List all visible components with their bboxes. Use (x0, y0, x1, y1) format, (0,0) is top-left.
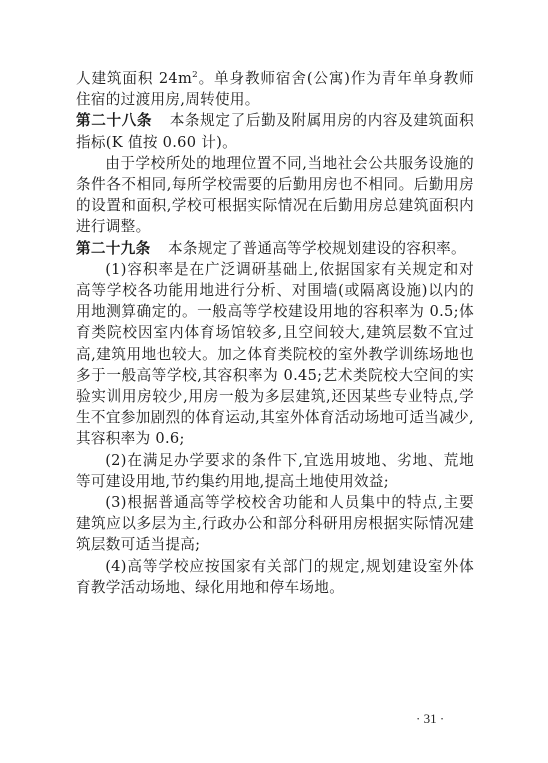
paragraph: 由于学校所处的地理位置不同,当地社会公共服务设施的条件各不相同,每所学校需要的后… (76, 153, 474, 238)
article-title: 第二十九条 (76, 240, 150, 257)
document-page: 人建筑面积 24m2。单身教师宿舍(公寓)作为青年单身教师住宿的过渡用房,周转使… (76, 68, 474, 598)
list-item-3: (3)根据普通高等学校校舍功能和人员集中的特点,主要建筑应以多层为主,行政办公和… (76, 492, 474, 556)
article-text: 本条规定了普通高等学校规划建设的容积率。 (168, 240, 466, 257)
article-title: 第二十八条 (76, 112, 152, 129)
page-number: · 31 · (416, 711, 444, 727)
article-28: 第二十八条本条规定了后勤及附属用房的内容及建筑面积指标(K 值按 0.60 计)… (76, 110, 474, 152)
paragraph-text: 人建筑面积 24m (76, 70, 192, 87)
paragraph-continuation: 人建筑面积 24m2。单身教师宿舍(公寓)作为青年单身教师住宿的过渡用房,周转使… (76, 68, 474, 110)
list-item-1: (1)容积率是在广泛调研基础上,依据国家有关规定和对高等学校各功能用地进行分析、… (76, 259, 474, 450)
list-item-4: (4)高等学校应按国家有关部门的规定,规划建设室外体育教学活动场地、绿化用地和停… (76, 556, 474, 598)
list-item-2: (2)在满足办学要求的条件下,宜选用坡地、劣地、荒地等可建设用地,节约集约用地,… (76, 450, 474, 492)
article-29: 第二十九条本条规定了普通高等学校规划建设的容积率。 (76, 238, 474, 259)
